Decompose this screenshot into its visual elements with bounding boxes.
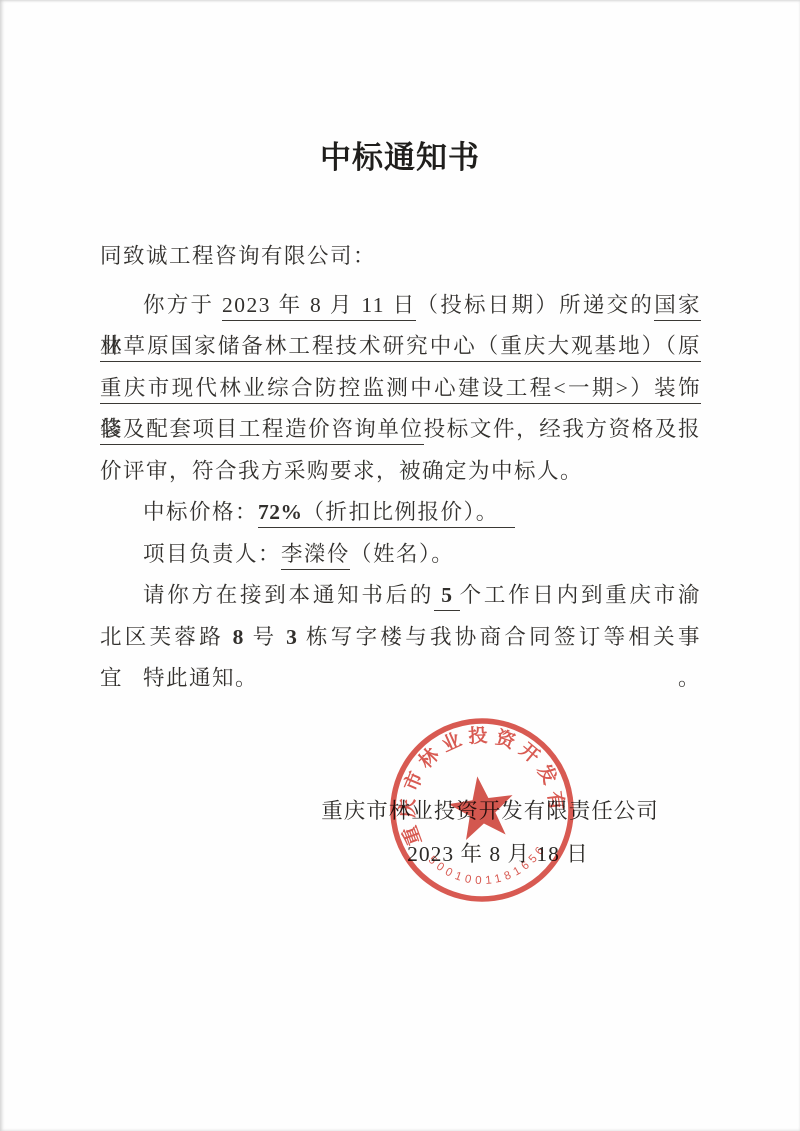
text-segment: 请你方在接到本通知书后的 (143, 583, 434, 607)
project-manager-line: 项目负责人：李濚伶（姓名）。 (100, 534, 701, 576)
text-segment: （姓名）。 (350, 542, 454, 566)
address-number: 3 (286, 625, 297, 649)
bid-date-underlined: 2023 年 8 月 11 日 (222, 293, 417, 321)
seal-star-icon (445, 772, 518, 842)
bid-price-value: 72% (258, 500, 303, 524)
bid-price-underlined: 72%（折扣比例报价）。 (258, 500, 515, 528)
project-manager-label: 项目负责人： (143, 542, 281, 566)
notice-line: 请你方在接到本通知书后的 5 个工作日内到重庆市渝 (100, 575, 701, 617)
bid-price-label: 中标价格： (143, 500, 258, 524)
text-segment: 特此通知。 (143, 666, 258, 690)
bid-price-line: 中标价格：72%（折扣比例报价）。 (100, 492, 701, 534)
working-days-underlined: 5 (434, 583, 460, 611)
page-title: 中标通知书 (0, 132, 800, 177)
text-segment: 价评审，符合我方采购要求，被确定为中标人。 (100, 459, 583, 483)
project-name-underlined: 修及配套项目工程造价咨询单位 (100, 417, 424, 445)
text-segment: 号 (244, 625, 286, 649)
notice-line: 业草原国家储备林工程技术研究中心（重庆大观基地）（原 (100, 326, 701, 368)
notice-line: 重庆市现代林业综合防控监测中心建设工程<一期>）装饰装 (100, 368, 701, 410)
company-seal-stamp: 重庆市林业投资开发有限责任公司 5001001181656 (371, 699, 592, 920)
address-line: 北区芙蓉路 8 号 3 栋写字楼与我协商合同签订等相关事宜。 (100, 617, 701, 659)
notice-body: 同致诚工程咨询有限公司： 你方于 2023 年 8 月 11 日（投标日期）所递… (100, 236, 701, 700)
text-segment: 你方于 (143, 293, 222, 317)
notice-line: 你方于 2023 年 8 月 11 日（投标日期）所递交的国家林 (100, 285, 701, 327)
text-segment: （投标日期）所递交的 (416, 293, 654, 317)
notice-line: 修及配套项目工程造价咨询单位投标文件，经我方资格及报 (100, 409, 701, 451)
address-number: 8 (233, 625, 244, 649)
document-page: 中标通知书 同致诚工程咨询有限公司： 你方于 2023 年 8 月 11 日（投… (0, 0, 800, 1131)
text-segment: 北区芙蓉路 (100, 625, 233, 649)
text-segment: 投标文件，经我方资格及报 (424, 417, 701, 441)
salutation-line: 同致诚工程咨询有限公司： (100, 236, 701, 278)
notice-line: 价评审，符合我方采购要求，被确定为中标人。 (100, 451, 701, 493)
bid-price-suffix: （折扣比例报价）。 (303, 500, 499, 524)
project-manager-name-underlined: 李濚伶 (281, 542, 350, 570)
project-name-underlined: 业草原国家储备林工程技术研究中心（重庆大观基地）（原 (100, 334, 701, 362)
text-segment: 个工作日内到重庆市渝 (460, 583, 701, 607)
recipient-company: 同致诚工程咨询有限公司： (100, 244, 376, 268)
